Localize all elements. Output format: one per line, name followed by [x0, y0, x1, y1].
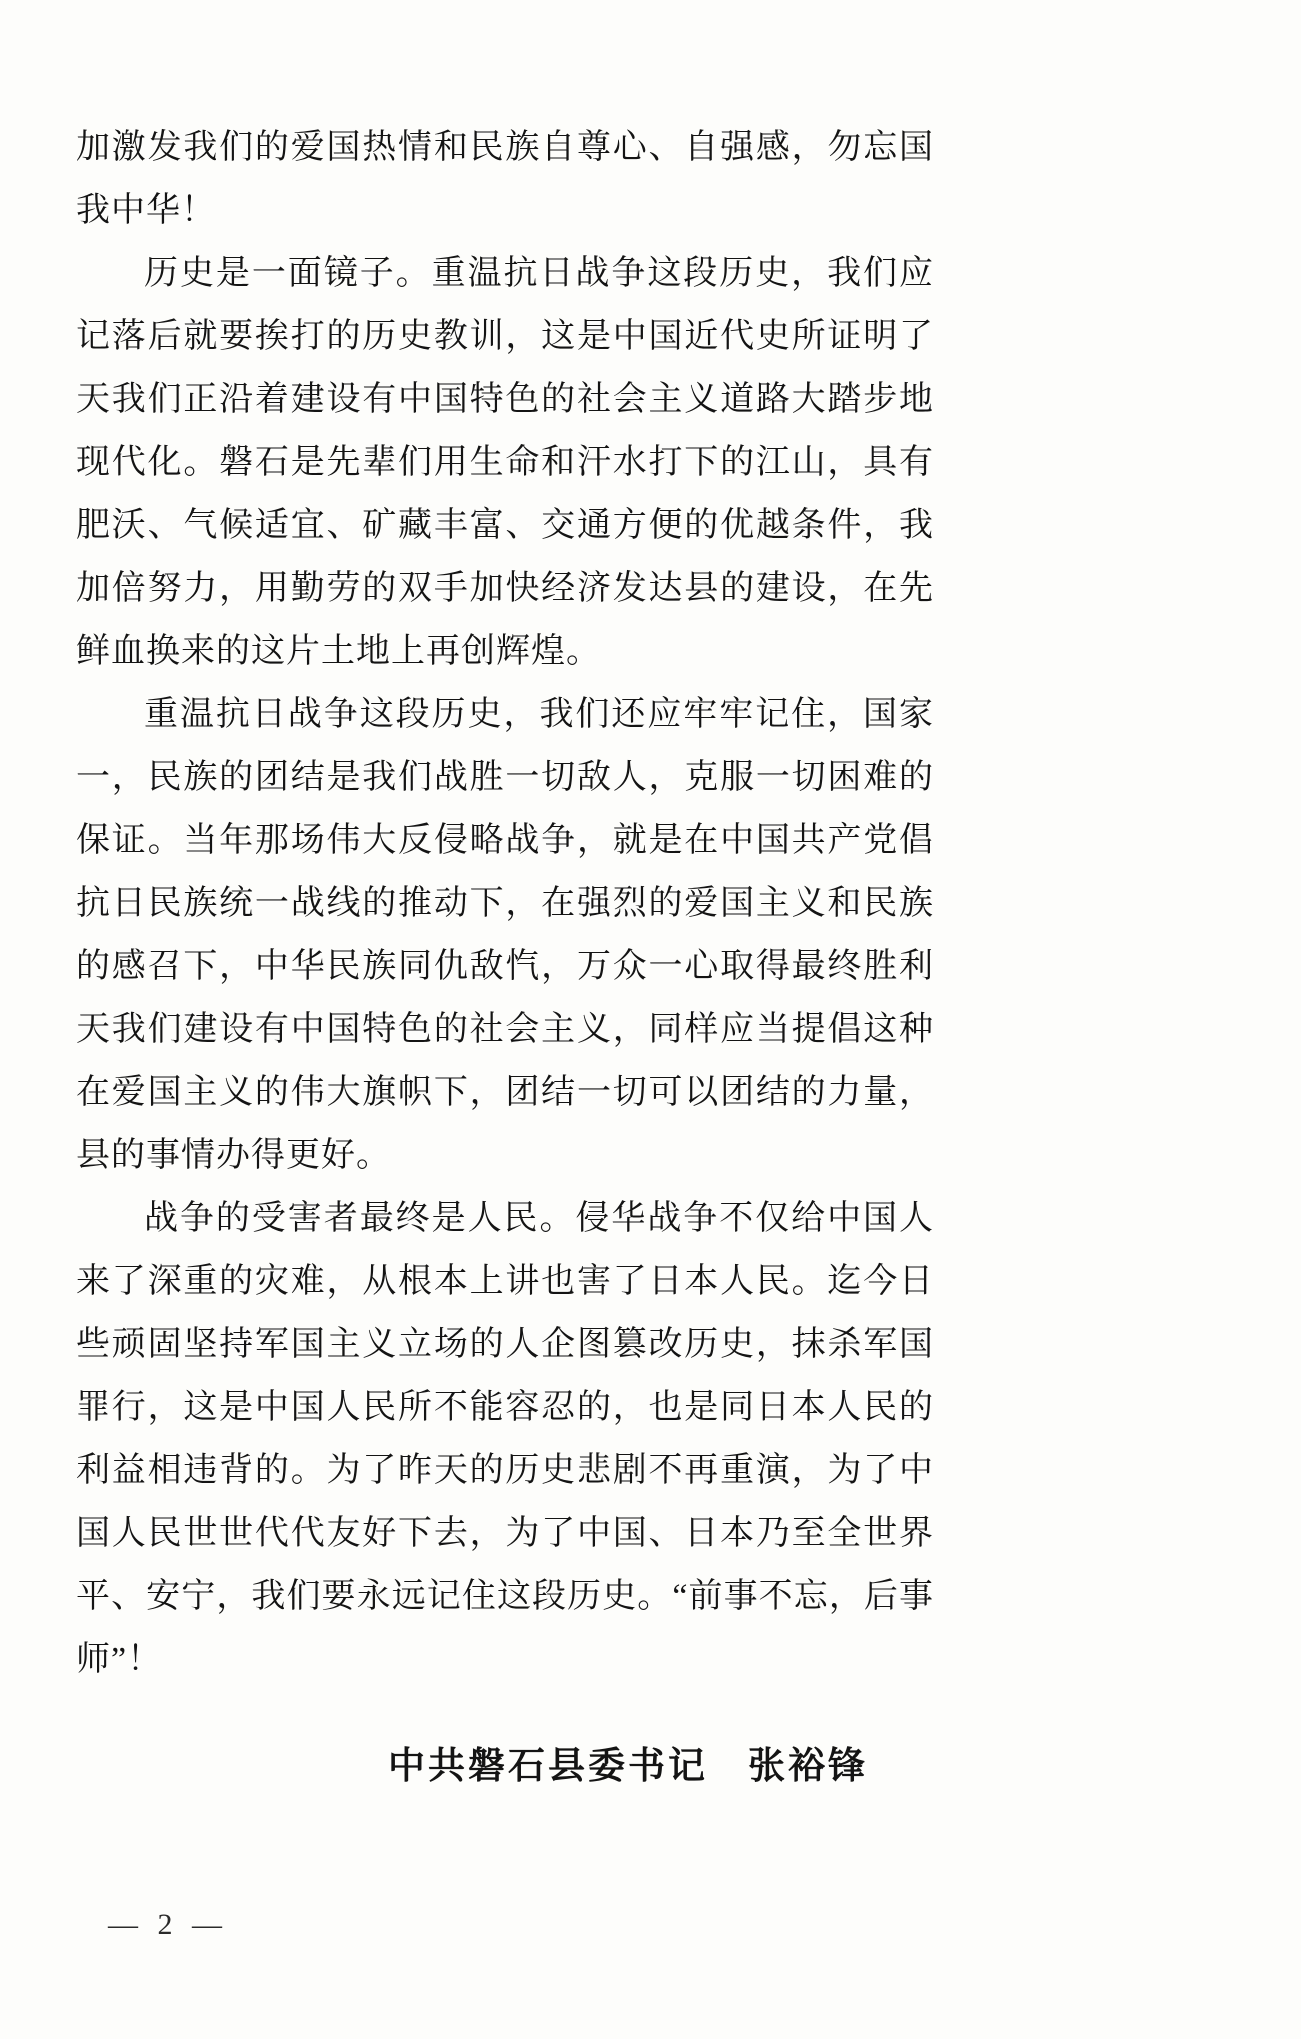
- text-line: 师”！: [76, 1628, 934, 1691]
- text-line: 罪行，这是中国人民所不能容忍的，也是同日本人民的根本: [76, 1376, 934, 1439]
- text-line: 利益相违背的。为了昨天的历史悲剧不再重演，为了中日两: [76, 1439, 934, 1502]
- text-line: 一，民族的团结是我们战胜一切敌人，克服一切困难的重要: [76, 746, 934, 809]
- text-line: 现代化。磐石是先辈们用生命和汗水打下的江山，具有土地: [76, 431, 934, 494]
- text-line: 的感召下，中华民族同仇敌忾，万众一心取得最终胜利的。今: [76, 935, 934, 998]
- paragraph-unity: 重温抗日战争这段历史，我们还应牢牢记住，国家的统 一，民族的团结是我们战胜一切敌…: [76, 683, 934, 1187]
- text-line: 抗日民族统一战线的推动下，在强烈的爱国主义和民族精神: [76, 872, 934, 935]
- text-line: 来了深重的灾难，从根本上讲也害了日本人民。迄今日本一: [76, 1250, 934, 1313]
- page-number: — 2 —: [108, 1908, 228, 1942]
- text-line: 些顽固坚持军国主义立场的人企图篡改历史，抹杀军国主义: [76, 1313, 934, 1376]
- text-line: 县的事情办得更好。: [76, 1124, 934, 1187]
- text-line: 历史是一面镜子。重温抗日战争这段历史，我们应当牢: [76, 242, 934, 305]
- text-line: 加倍努力，用勤劳的双手加快经济发达县的建设，在先烈用: [76, 557, 934, 620]
- text-line: 在爱国主义的伟大旗帜下，团结一切可以团结的力量，把我: [76, 1061, 934, 1124]
- signature: 中共磐石县委书记 张裕锋: [76, 1735, 934, 1789]
- text-line: 肥沃、气候适宜、矿藏丰富、交通方便的优越条件，我们要: [76, 494, 934, 557]
- text-line: 天我们建设有中国特色的社会主义，同样应当提倡这种精神，: [76, 998, 934, 1061]
- text-line: 平、安宁，我们要永远记住这段历史。“前事不忘，后事之: [76, 1565, 934, 1628]
- text-line: 国人民世世代代友好下去，为了中国、日本乃至全世界的和: [76, 1502, 934, 1565]
- text-line: 战争的受害者最终是人民。侵华战争不仅给中国人民带: [76, 1187, 934, 1250]
- text-line: 保证。当年那场伟大反侵略战争，就是在中国共产党倡导的: [76, 809, 934, 872]
- paragraph-continuation: 加激发我们的爱国热情和民族自尊心、自强感，勿忘国耻，兴 我中华！: [76, 116, 934, 242]
- text-line: 鲜血换来的这片土地上再创辉煌。: [76, 620, 934, 683]
- text-line: 我中华！: [76, 179, 934, 242]
- document-page: 加激发我们的爱国热情和民族自尊心、自强感，勿忘国耻，兴 我中华！ 历史是一面镜子…: [0, 0, 1301, 2039]
- text-line: 重温抗日战争这段历史，我们还应牢牢记住，国家的统: [76, 683, 934, 746]
- paragraph-history-mirror: 历史是一面镜子。重温抗日战争这段历史，我们应当牢 记落后就要挨打的历史教训，这是…: [76, 242, 934, 683]
- body-text: 加激发我们的爱国热情和民族自尊心、自强感，勿忘国耻，兴 我中华！ 历史是一面镜子…: [76, 116, 934, 1691]
- text-line: 加激发我们的爱国热情和民族自尊心、自强感，勿忘国耻，兴: [76, 116, 934, 179]
- text-line: 天我们正沿着建设有中国特色的社会主义道路大踏步地走向: [76, 368, 934, 431]
- text-line: 记落后就要挨打的历史教训，这是中国近代史所证明了的。今: [76, 305, 934, 368]
- paragraph-victims: 战争的受害者最终是人民。侵华战争不仅给中国人民带 来了深重的灾难，从根本上讲也害…: [76, 1187, 934, 1691]
